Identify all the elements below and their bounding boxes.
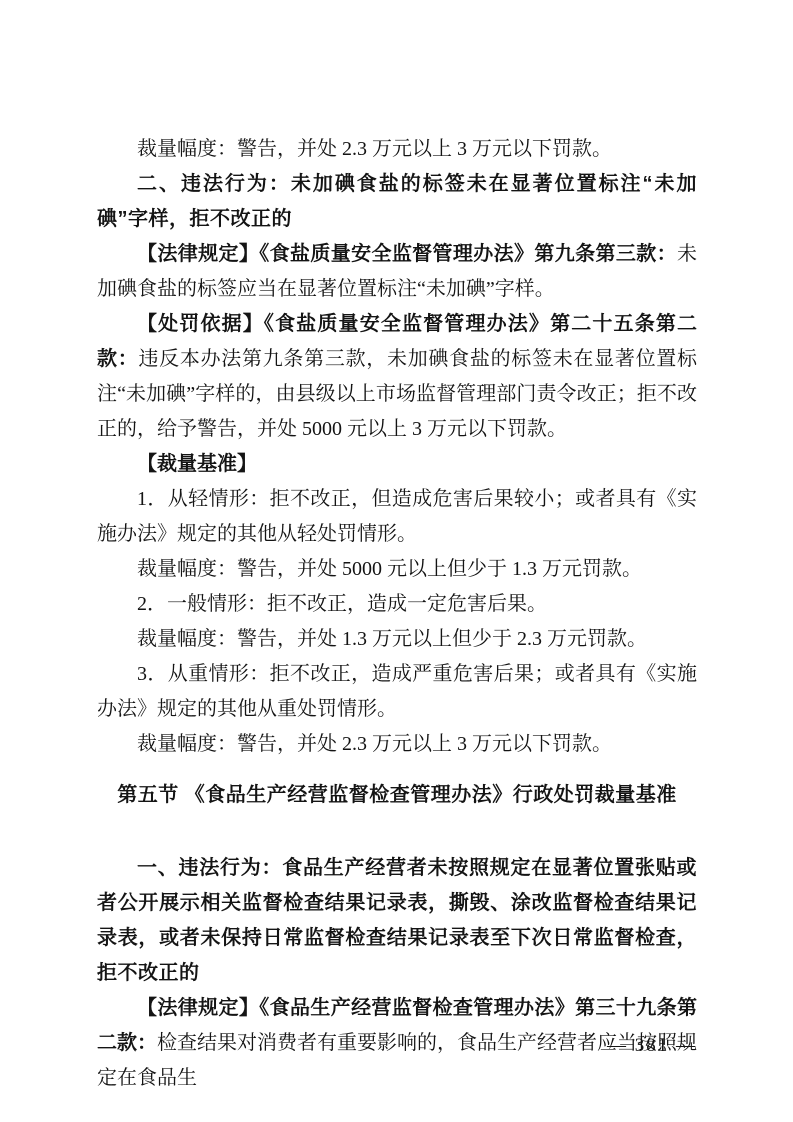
document-page: 裁量幅度：警告，并处 2.3 万元以上 3 万元以下罚款。 二、违法行为：未加碘… (0, 0, 793, 1122)
para-lenient-circumstance: 1．从轻情形：拒不改正，但造成危害后果较小；或者具有《实施办法》规定的其他从轻处… (97, 482, 697, 552)
para-penalty-basis-salt: 【处罚依据】《食盐质量安全监督管理办法》第二十五条第二款：违反本办法第九条第三款… (97, 307, 697, 447)
penalty-range-lenient-text: 裁量幅度：警告，并处 5000 元以上但少于 1.3 万元罚款。 (137, 558, 642, 580)
penalty-basis-text: 违反本办法第九条第三款，未加碘食盐的标签未在显著位置标注“未加碘”字样的，由县级… (97, 348, 697, 440)
section-title-chapter-5: 第五节 《食品生产经营监督检查管理办法》行政处罚裁量基准 (97, 778, 697, 813)
heading-violation-1-food-inspection: 一、违法行为：食品生产经营者未按照规定在显著位置张贴或者公开展示相关监督检查结果… (97, 851, 697, 991)
page-number: — 381 — (607, 1032, 697, 1060)
severe-circumstance-text: 3．从重情形：拒不改正，造成严重危害后果；或者具有《实施办法》规定的其他从重处罚… (97, 663, 697, 720)
lenient-circumstance-text: 1．从轻情形：拒不改正，但造成危害后果较小；或者具有《实施办法》规定的其他从轻处… (97, 488, 697, 545)
heading-violation-2-salt-label: 二、违法行为：未加碘食盐的标签未在显著位置标注“未加碘”字样，拒不改正的 (97, 167, 697, 237)
para-severe-circumstance: 3．从重情形：拒不改正，造成严重危害后果；或者具有《实施办法》规定的其他从重处罚… (97, 657, 697, 727)
para-general-circumstance: 2．一般情形：拒不改正，造成一定危害后果。 (97, 587, 697, 622)
label-legal-provision: 【法律规定】《食盐质量安全监督管理办法》第九条第三款： (137, 243, 677, 265)
penalty-range-general-text: 裁量幅度：警告，并处 1.3 万元以上但少于 2.3 万元罚款。 (137, 628, 647, 650)
general-circumstance-text: 2．一般情形：拒不改正，造成一定危害后果。 (137, 593, 547, 615)
para-penalty-range-severe: 裁量幅度：警告，并处 2.3 万元以上 3 万元以下罚款。 (97, 727, 697, 762)
page-content: 裁量幅度：警告，并处 2.3 万元以上 3 万元以下罚款。 二、违法行为：未加碘… (97, 132, 697, 1096)
section-title-text: 第五节 《食品生产经营监督检查管理办法》行政处罚裁量基准 (117, 784, 677, 806)
para-legal-provision-salt: 【法律规定】《食盐质量安全监督管理办法》第九条第三款：未加碘食盐的标签应当在显著… (97, 237, 697, 307)
heading-text: 一、违法行为：食品生产经营者未按照规定在显著位置张贴或者公开展示相关监督检查结果… (97, 857, 697, 984)
penalty-range-severe-text: 裁量幅度：警告，并处 2.3 万元以上 3 万元以下罚款。 (137, 733, 612, 755)
para-penalty-range-lenient: 裁量幅度：警告，并处 5000 元以上但少于 1.3 万元罚款。 (97, 552, 697, 587)
discretion-benchmark-text: 【裁量基准】 (137, 453, 257, 475)
para-penalty-range-prev: 裁量幅度：警告，并处 2.3 万元以上 3 万元以下罚款。 (97, 132, 697, 167)
label-discretion-benchmark: 【裁量基准】 (97, 447, 697, 482)
heading-text: 二、违法行为：未加碘食盐的标签未在显著位置标注“未加碘”字样，拒不改正的 (97, 173, 697, 230)
penalty-range-text: 裁量幅度：警告，并处 2.3 万元以上 3 万元以下罚款。 (137, 138, 612, 160)
para-penalty-range-general: 裁量幅度：警告，并处 1.3 万元以上但少于 2.3 万元罚款。 (97, 622, 697, 657)
